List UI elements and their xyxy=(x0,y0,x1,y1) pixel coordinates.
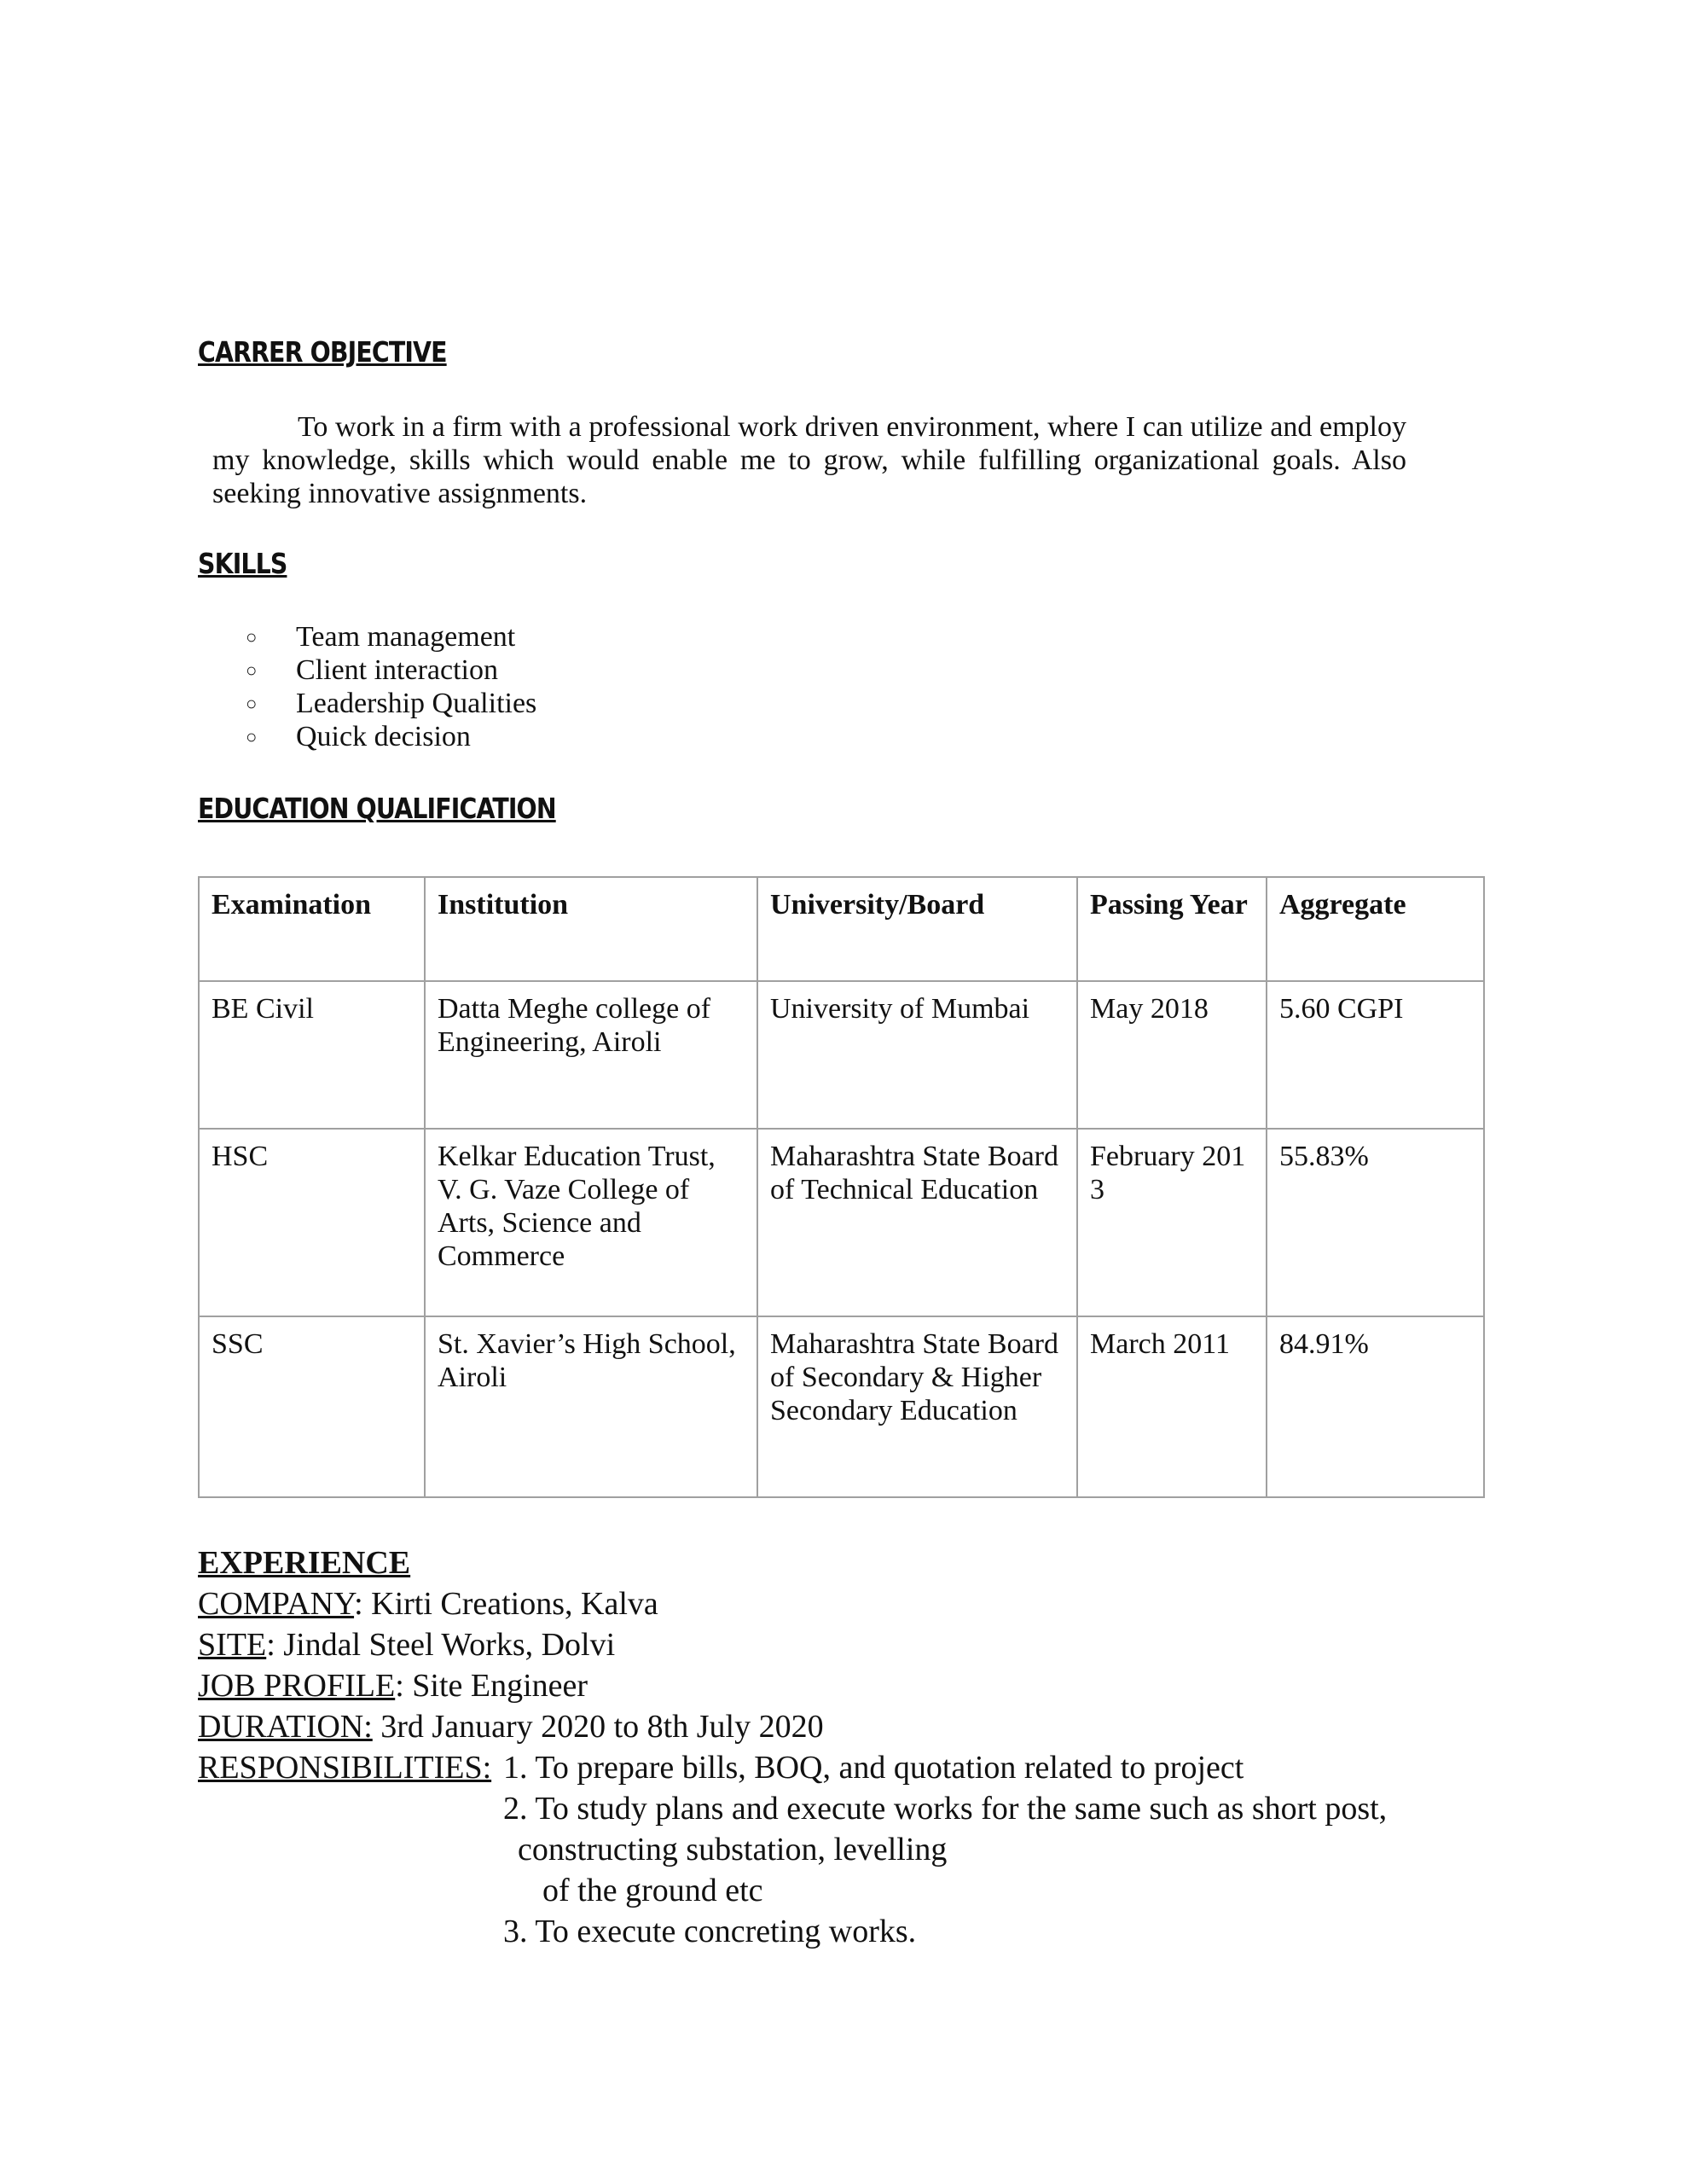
responsibility-item: constructing substation, levelling xyxy=(518,1829,947,1870)
table-cell: HSC xyxy=(199,1129,425,1316)
career-objective-heading: CARRER OBJECTIVE xyxy=(198,335,447,369)
table-cell: BE Civil xyxy=(199,981,425,1129)
table-cell: Datta Meghe college of Engineering, Airo… xyxy=(425,981,757,1129)
table-cell: SSC xyxy=(199,1316,425,1497)
list-item: ○Team management xyxy=(198,620,536,653)
table-cell: Maharashtra State Board of Technical Edu… xyxy=(757,1129,1077,1316)
table-cell: St. Xavier’s High School, Airoli xyxy=(425,1316,757,1497)
table-header-row: Examination Institution University/Board… xyxy=(199,877,1484,981)
responsibility-item: 1. To prepare bills, BOQ, and quotation … xyxy=(503,1747,1244,1788)
table-row: SSC St. Xavier’s High School, Airoli Mah… xyxy=(199,1316,1484,1497)
column-header: Examination xyxy=(199,877,425,981)
duration-line: DURATION: 3rd January 2020 to 8th July 2… xyxy=(198,1706,824,1747)
table-cell: 5.60 CGPI xyxy=(1267,981,1484,1129)
column-header: Aggregate xyxy=(1267,877,1484,981)
list-item: ○Quick decision xyxy=(198,720,536,753)
circle-bullet-icon: ○ xyxy=(246,653,257,687)
column-header: Institution xyxy=(425,877,757,981)
column-header: Passing Year xyxy=(1077,877,1267,981)
table-row: BE Civil Datta Meghe college of Engineer… xyxy=(199,981,1484,1129)
job-profile-line: JOB PROFILE: Site Engineer xyxy=(198,1665,824,1706)
skills-heading: SKILLS xyxy=(198,547,287,580)
table-cell: March 2011 xyxy=(1077,1316,1267,1497)
circle-bullet-icon: ○ xyxy=(246,720,257,753)
table-cell: 55.83% xyxy=(1267,1129,1484,1316)
table-cell: May 2018 xyxy=(1077,981,1267,1129)
table-cell: University of Mumbai xyxy=(757,981,1077,1129)
responsibility-item: 3. To execute concreting works. xyxy=(503,1911,916,1952)
list-item: ○Leadership Qualities xyxy=(198,687,536,720)
table-cell: Kelkar Education Trust, V. G. Vaze Colle… xyxy=(425,1129,757,1316)
circle-bullet-icon: ○ xyxy=(246,620,257,653)
career-objective-text: To work in a firm with a professional wo… xyxy=(212,410,1406,510)
responsibility-item: 2. To study plans and execute works for … xyxy=(503,1788,1387,1829)
column-header: University/Board xyxy=(757,877,1077,981)
company-line: COMPANY: Kirti Creations, Kalva xyxy=(198,1583,824,1624)
experience-heading: EXPERIENCE xyxy=(198,1542,824,1583)
responsibility-item: of the ground etc xyxy=(542,1870,763,1911)
table-row: HSC Kelkar Education Trust, V. G. Vaze C… xyxy=(199,1129,1484,1316)
skills-list: ○Team management ○Client interaction ○Le… xyxy=(198,620,536,753)
education-table: Examination Institution University/Board… xyxy=(198,876,1485,1498)
site-line: SITE: Jindal Steel Works, Dolvi xyxy=(198,1624,824,1665)
table-cell: 84.91% xyxy=(1267,1316,1484,1497)
table-cell: Maharashtra State Board of Secondary & H… xyxy=(757,1316,1077,1497)
list-item: ○Client interaction xyxy=(198,653,536,687)
circle-bullet-icon: ○ xyxy=(246,687,257,720)
table-cell: February 2013 xyxy=(1077,1129,1267,1316)
education-heading: EDUCATION QUALIFICATION xyxy=(198,792,556,825)
